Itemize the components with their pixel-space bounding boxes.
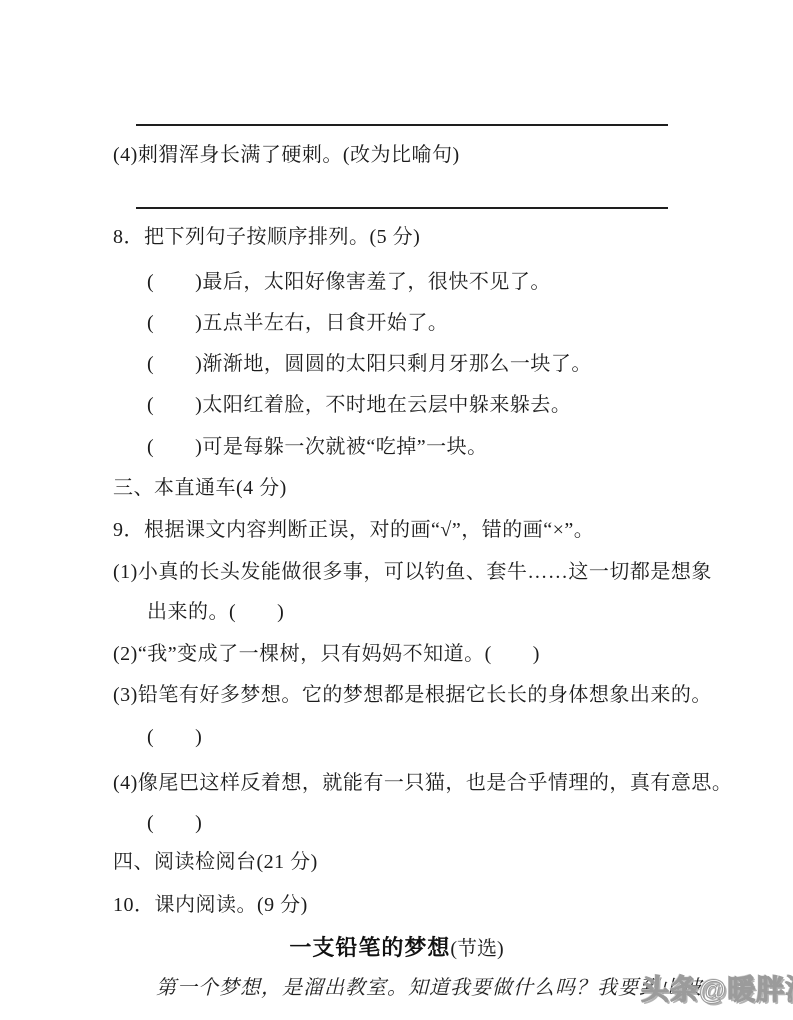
passage-title-main: 一支铅笔的梦想 (289, 935, 450, 960)
worksheet-page: (4)刺猬浑身长满了硬刺。(改为比喻句) 8．把下列句子按顺序排列。(5 分) … (0, 0, 793, 1020)
section4-heading: 四、阅读检阅台(21 分) (113, 846, 318, 878)
question8-heading: 8．把下列句子按顺序排列。(5 分) (113, 221, 420, 253)
passage-first-line: 第一个梦想，是溜出教室。知道我要做什么吗？我要到山坡 (156, 972, 702, 1004)
section3-heading: 三、本直通车(4 分) (113, 472, 287, 504)
question9-heading: 9．根据课文内容判断正误，对的画“√”，错的画“×”。 (113, 514, 594, 546)
answer-blank-line (136, 124, 668, 126)
question8-item: ( )渐渐地，圆圆的太阳只剩月牙那么一块了。 (147, 348, 592, 380)
question9-item3-answer-bracket: ( ) (147, 721, 202, 753)
question9-item1-line2: 出来的。( ) (147, 596, 284, 628)
passage-title-excerpt-note: (节选) (450, 938, 503, 960)
question9-item3-line1: (3)铅笔有好多梦想。它的梦想都是根据它长长的身体想象出来的。 (113, 679, 712, 711)
question9-item2: (2)“我”变成了一棵树，只有妈妈不知道。( ) (113, 638, 540, 670)
passage-title: 一支铅笔的梦想(节选) (0, 931, 793, 965)
question8-item: ( )太阳红着脸，不时地在云层中躲来躲去。 (147, 389, 571, 421)
question8-item: ( )可是每躲一次就被“吃掉”一块。 (147, 431, 488, 463)
question8-item: ( )五点半左右，日食开始了。 (147, 307, 448, 339)
question8-item: ( )最后，太阳好像害羞了，很快不见了。 (147, 266, 551, 298)
question9-item1-line1: (1)小真的长头发能做很多事，可以钓鱼、套牛……这一切都是想象 (113, 556, 712, 588)
question9-item4-line1: (4)像尾巴这样反着想，就能有一只猫，也是合乎情理的，真有意思。 (113, 767, 732, 799)
question10-heading: 10．课内阅读。(9 分) (113, 889, 308, 921)
answer-blank-line (136, 207, 668, 209)
question9-item4-answer-bracket: ( ) (147, 807, 202, 839)
toutiao-watermark: 头条@暖胖滴 (641, 970, 793, 1010)
question7-part4-text: (4)刺猬浑身长满了硬刺。(改为比喻句) (113, 139, 460, 171)
